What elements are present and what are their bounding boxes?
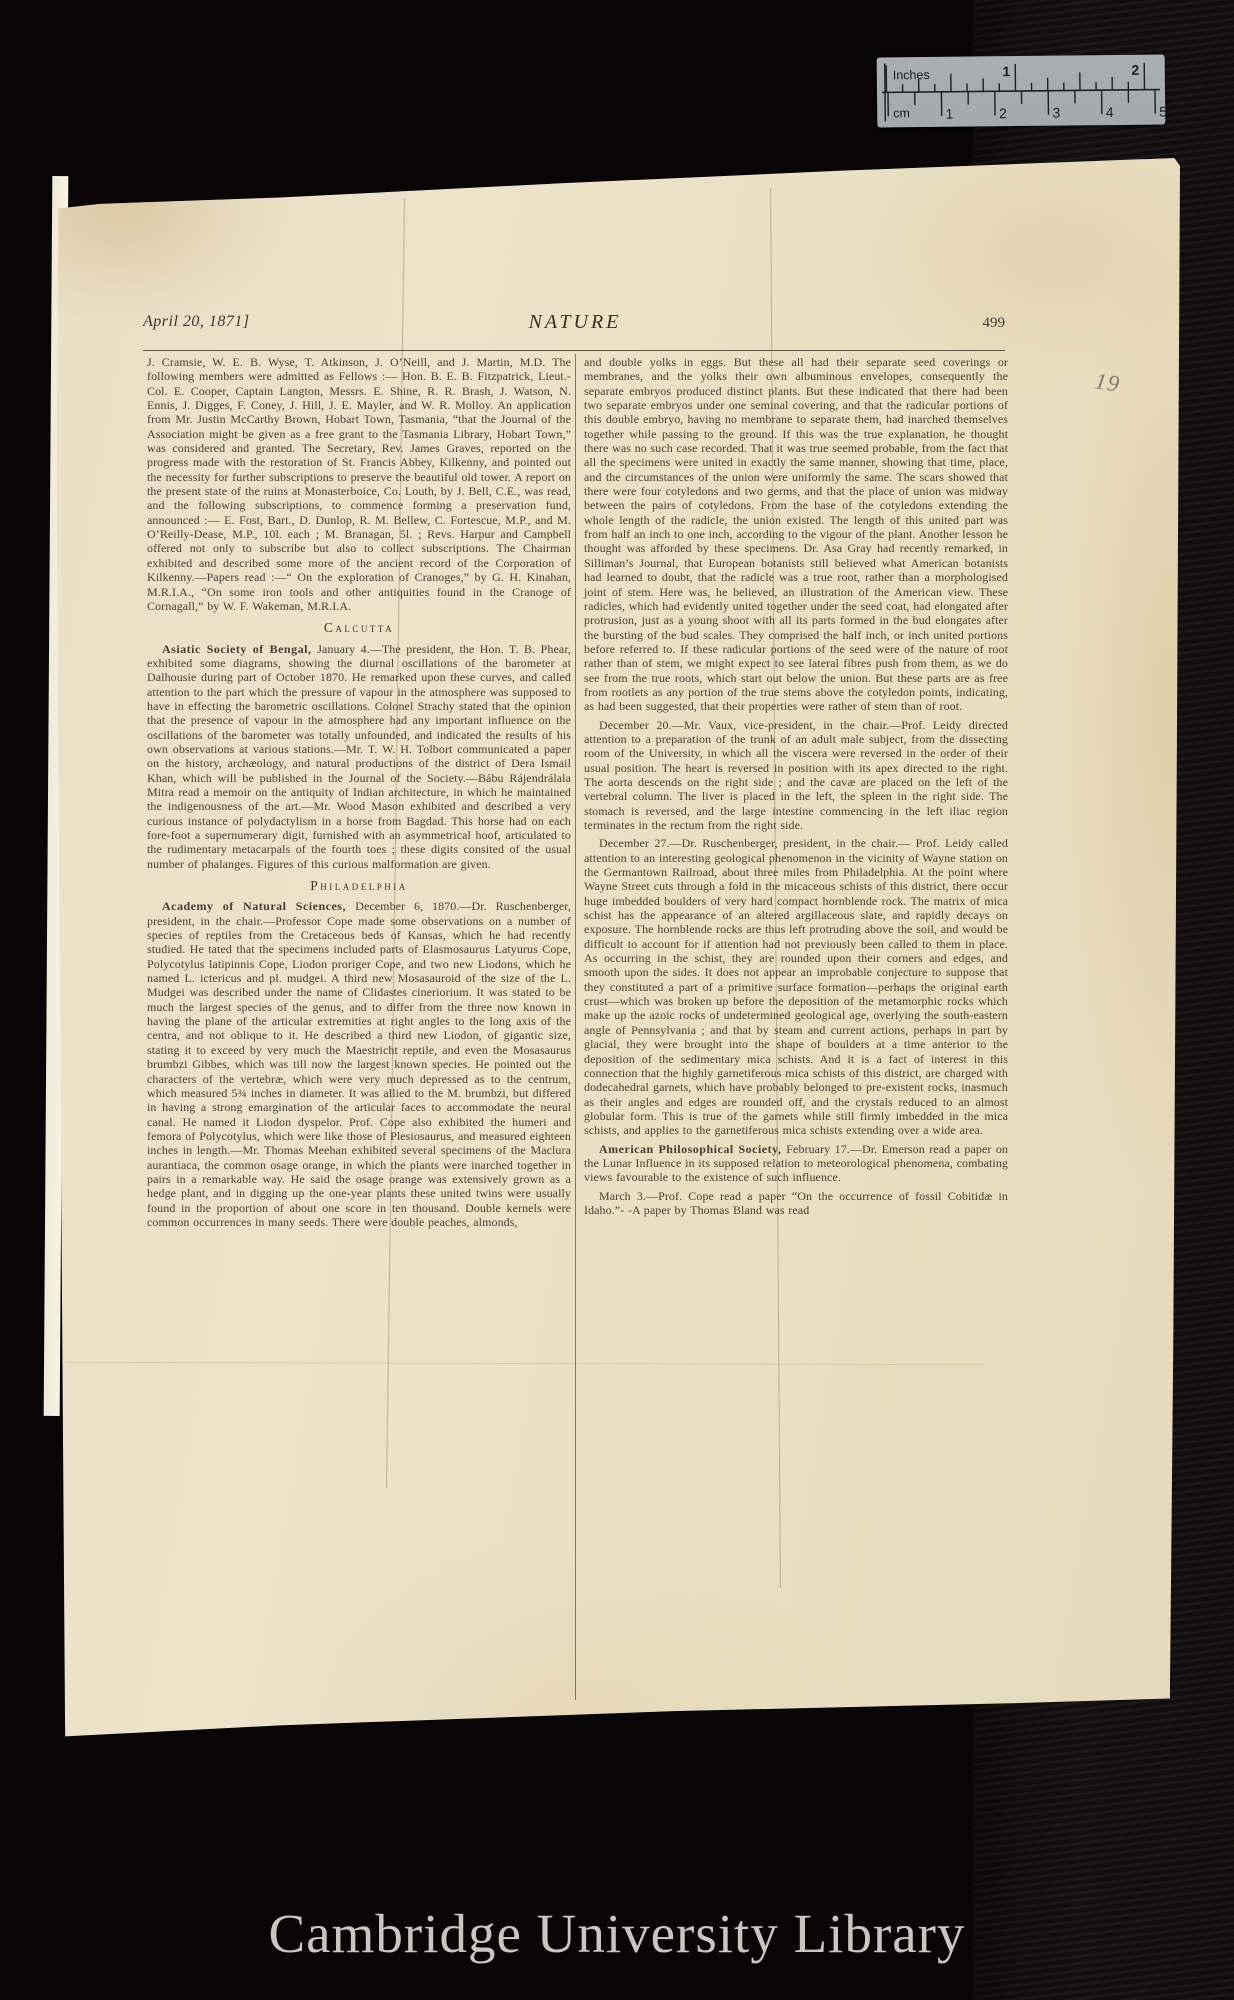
pencil-annotation: 19 [1093, 368, 1122, 398]
paragraph: American Philosophical Society, February… [584, 1142, 1008, 1185]
paragraph-lead: American Philosophical Society, [599, 1142, 786, 1156]
header-rule [143, 350, 1005, 351]
photograph-background: Inches12cm12345 April 20, 1871] NATURE 4… [0, 0, 1234, 2000]
ruler-numeral: 2 [999, 105, 1007, 121]
ruler-numeral: 2 [1131, 62, 1139, 78]
column-divider-rule [575, 354, 576, 1700]
paragraph: December 20.—Mr. Vaux, vice-president, i… [584, 718, 1008, 833]
paragraph: and double yolks in eggs. But these all … [584, 355, 1008, 714]
paragraph: J. Cramsie, W. E. B. Wyse, T. Atkinson, … [147, 355, 571, 613]
ruler-numeral: 3 [1052, 105, 1060, 121]
ruler-numeral: 1 [946, 106, 954, 122]
issue-date: April 20, 1871] [143, 313, 250, 331]
ruler-numeral: 1 [1002, 63, 1010, 79]
ruler-numeral: 5 [1159, 103, 1165, 119]
page-number: 499 [935, 315, 1005, 332]
paragraph: Academy of Natural Sciences, December 6,… [147, 899, 571, 1229]
ruler-numeral: 4 [1106, 104, 1114, 120]
ruler-numeral: cm [893, 106, 910, 120]
text-column-right: and double yolks in eggs. But these all … [584, 355, 1008, 1217]
paragraph: Asiatic Society of Bengal, January 4.—Th… [147, 642, 571, 872]
measurement-ruler: Inches12cm12345 [877, 54, 1166, 127]
library-caption: Cambridge University Library [0, 1902, 1234, 1965]
running-head: April 20, 1871] NATURE 499 [55, 313, 1180, 339]
section-heading: Philadelphia [147, 879, 571, 893]
ruler-scale-graphic: Inches12cm12345 [877, 54, 1166, 127]
scanned-page: April 20, 1871] NATURE 499 J. Cramsie, W… [55, 158, 1180, 1738]
text-column-left: J. Cramsie, W. E. B. Wyse, T. Atkinson, … [147, 355, 571, 1229]
paragraph: December 27.—Dr. Ruschenberger, presiden… [584, 836, 1008, 1137]
paragraph: March 3.—Prof. Cope read a paper “On the… [584, 1189, 1008, 1218]
ruler-numeral: Inches [893, 68, 930, 82]
paragraph-lead: Asiatic Society of Bengal, [162, 642, 317, 656]
section-heading: Calcutta [147, 621, 571, 635]
paragraph-lead: Academy of Natural Sciences, [162, 899, 355, 913]
printed-area: April 20, 1871] NATURE 499 J. Cramsie, W… [55, 158, 1180, 1738]
journal-title: NATURE [485, 311, 665, 334]
